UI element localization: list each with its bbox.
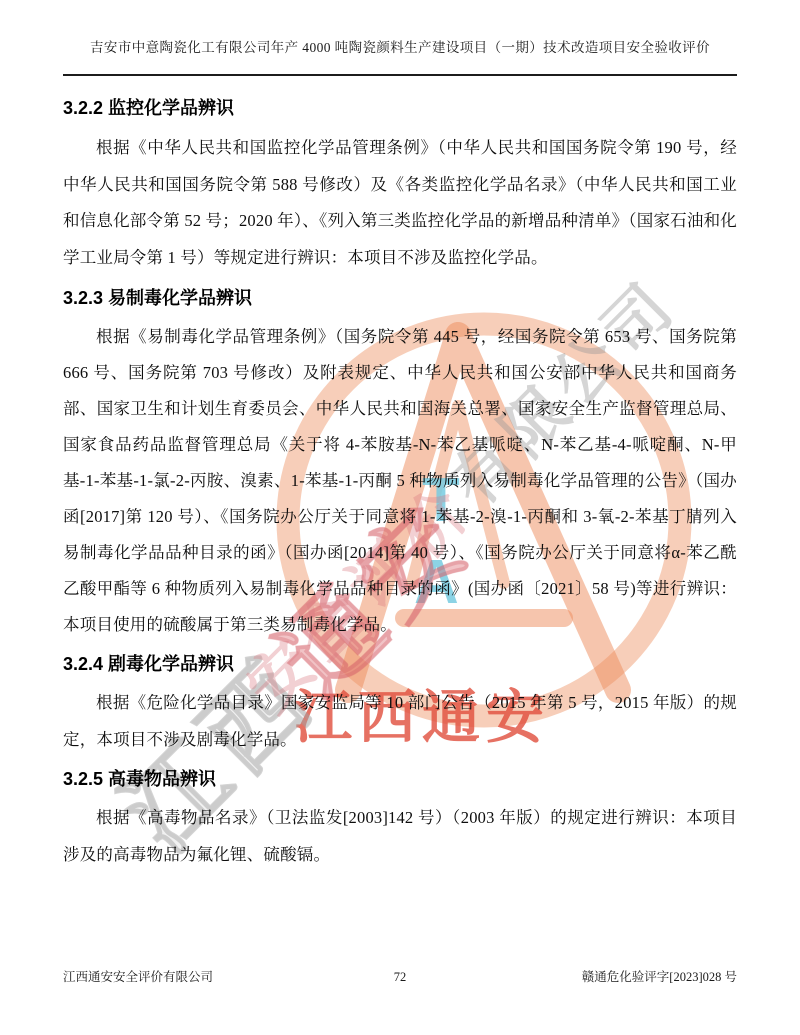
section-paragraph-3-2-5: 根据《高毒物品名录》（卫法监发[2003]142 号）（2003 年版）的规定进…: [63, 800, 737, 873]
document-page: T A 江西通安 江西通安 安全评价有限公司 吉安市中意陶瓷化工有限公司年产 4…: [0, 0, 800, 1035]
page-header-title: 吉安市中意陶瓷化工有限公司年产 4000 吨陶瓷颜料生产建设项目（一期）技术改造…: [63, 0, 737, 58]
section-heading-3-2-5: 3.2.5 高毒物品辨识: [63, 767, 737, 791]
section-heading-3-2-3: 3.2.3 易制毒化学品辨识: [63, 286, 737, 310]
document-content: 吉安市中意陶瓷化工有限公司年产 4000 吨陶瓷颜料生产建设项目（一期）技术改造…: [0, 0, 800, 873]
section-paragraph-3-2-4: 根据《危险化学品目录》国家安监局等 10 部门公告（2015 年第 5 号，20…: [63, 685, 737, 758]
header-rule: [63, 74, 737, 76]
section-paragraph-3-2-2: 根据《中华人民共和国监控化学品管理条例》（中华人民共和国国务院令第 190 号，…: [63, 130, 737, 276]
section-heading-3-2-4: 3.2.4 剧毒化学品辨识: [63, 652, 737, 676]
section-heading-3-2-2: 3.2.2 监控化学品辨识: [63, 96, 737, 120]
section-paragraph-3-2-3: 根据《易制毒化学品管理条例》（国务院令第 445 号，经国务院令第 653 号、…: [63, 319, 737, 643]
footer-document-number: 赣通危化验评字[2023]028 号: [582, 968, 737, 986]
